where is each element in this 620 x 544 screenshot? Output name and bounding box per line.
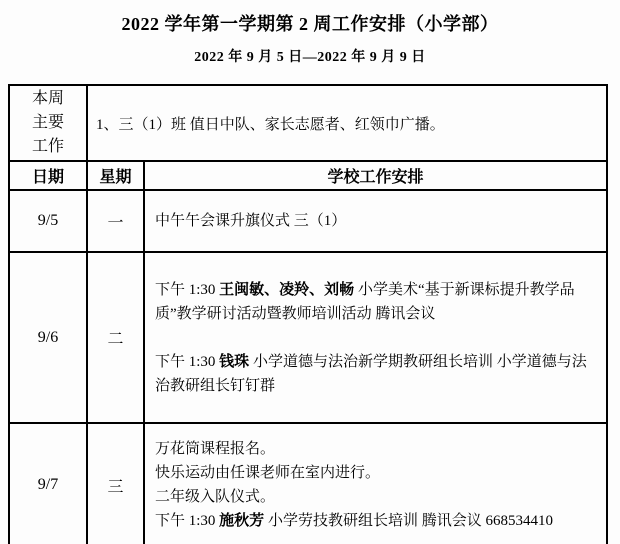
schedule-line: 下午 1:30 施秋芳 小学劳技教研组长培训 腾讯会议 668534410 xyxy=(155,509,598,533)
document-date-range: 2022 年 9 月 5 日—2022 年 9 月 9 日 xyxy=(0,46,620,66)
schedule-text: 下午 1:30 xyxy=(155,513,219,529)
column-header-date: 日期 xyxy=(9,161,87,190)
date-cell: 9/5 xyxy=(9,190,87,252)
schedule-text: 万花筒课程报名。 xyxy=(155,441,275,457)
person-name: 施秋芳 xyxy=(219,513,264,529)
person-name: 钱珠 xyxy=(219,354,249,370)
weekday-cell: 三 xyxy=(87,423,144,544)
weekday-cell: 二 xyxy=(87,252,144,423)
schedule-text: 中午午会课升旗仪式 三（1） xyxy=(155,213,346,229)
schedule-line: 快乐运动由任课老师在室内进行。 xyxy=(155,461,598,485)
date-cell: 9/6 xyxy=(9,252,87,423)
schedule-line: 下午 1:30 王闽敏、凌羚、刘畅 小学美术“基于新课标提升教学品质”教学研讨活… xyxy=(155,278,598,326)
date-cell: 9/7 xyxy=(9,423,87,544)
blank-line xyxy=(155,326,598,350)
schedule-text: 下午 1:30 xyxy=(155,354,219,370)
schedule-rows: 9/5一中午午会课升旗仪式 三（1）9/6二下午 1:30 王闽敏、凌羚、刘畅 … xyxy=(9,190,607,544)
schedule-line: 二年级入队仪式。 xyxy=(155,485,598,509)
schedule-row: 9/5一中午午会课升旗仪式 三（1） xyxy=(9,190,607,252)
schedule-content-cell: 万花筒课程报名。快乐运动由任课老师在室内进行。二年级入队仪式。下午 1:30 施… xyxy=(144,423,607,544)
document-title: 2022 学年第一学期第 2 周工作安排（小学部） xyxy=(0,0,620,36)
schedule-line: 下午 1:30 钱珠 小学道德与法治新学期教研组长培训 小学道德与法治教研组长钉… xyxy=(155,350,598,398)
table-header-row: 日期 星期 学校工作安排 xyxy=(9,161,607,190)
weekly-summary-label: 本周 主要 工作 xyxy=(9,85,87,161)
weekly-summary-row: 本周 主要 工作 1、三（1）班 值日中队、家长志愿者、红领巾广播。 xyxy=(9,85,607,161)
schedule-row: 9/6二下午 1:30 王闽敏、凌羚、刘畅 小学美术“基于新课标提升教学品质”教… xyxy=(9,252,607,423)
weekday-cell: 一 xyxy=(87,190,144,252)
schedule-line: 中午午会课升旗仪式 三（1） xyxy=(155,209,598,233)
column-header-schedule: 学校工作安排 xyxy=(144,161,607,190)
schedule-text: 下午 1:30 xyxy=(155,282,219,298)
weekly-summary-content: 1、三（1）班 值日中队、家长志愿者、红领巾广播。 xyxy=(87,85,607,161)
schedule-text: 快乐运动由任课老师在室内进行。 xyxy=(155,465,380,481)
schedule-text: 二年级入队仪式。 xyxy=(155,489,275,505)
document-page: 2022 学年第一学期第 2 周工作安排（小学部） 2022 年 9 月 5 日… xyxy=(0,0,620,544)
schedule-content-cell: 中午午会课升旗仪式 三（1） xyxy=(144,190,607,252)
schedule-text: 小学劳技教研组长培训 腾讯会议 668534410 xyxy=(264,513,553,529)
person-name: 王闽敏、凌羚、刘畅 xyxy=(219,282,354,298)
schedule-line: 万花筒课程报名。 xyxy=(155,437,598,461)
schedule-row: 9/7三万花筒课程报名。快乐运动由任课老师在室内进行。二年级入队仪式。下午 1:… xyxy=(9,423,607,544)
schedule-content-cell: 下午 1:30 王闽敏、凌羚、刘畅 小学美术“基于新课标提升教学品质”教学研讨活… xyxy=(144,252,607,423)
column-header-weekday: 星期 xyxy=(87,161,144,190)
weekly-schedule-table: 本周 主要 工作 1、三（1）班 值日中队、家长志愿者、红领巾广播。 日期 星期… xyxy=(8,84,608,544)
